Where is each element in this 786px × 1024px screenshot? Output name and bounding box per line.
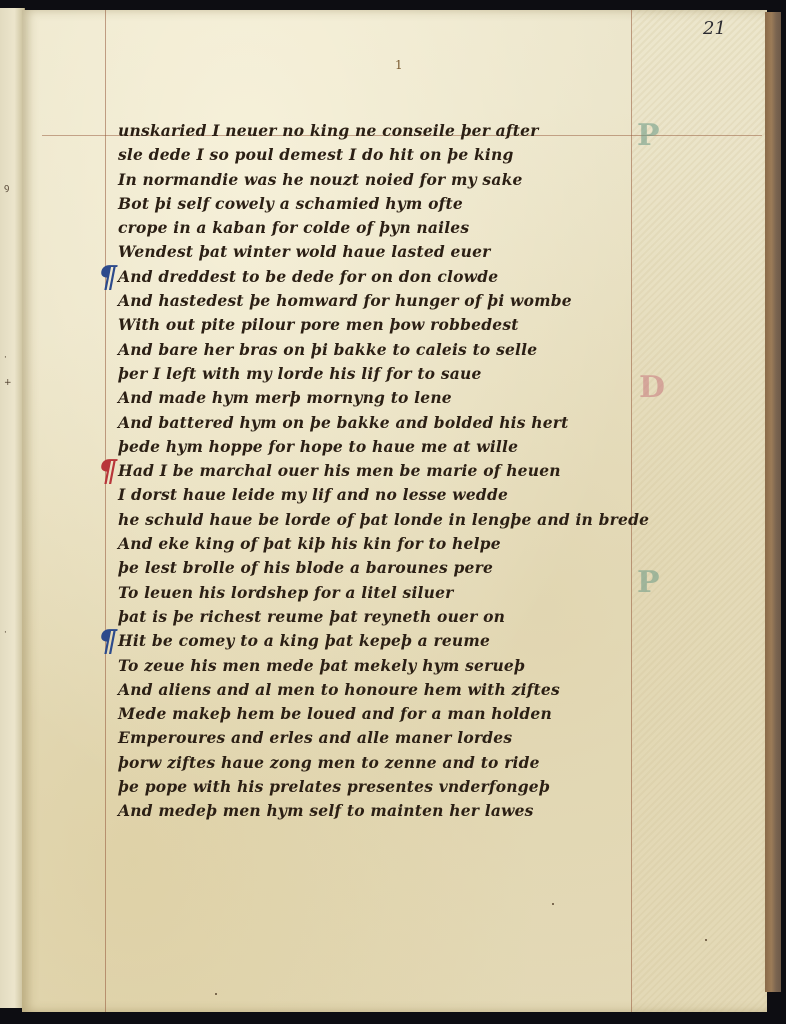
text-line: ¶And dreddest to be dede for on don clow… — [118, 265, 738, 289]
blue-paragraph-mark: ¶ — [98, 627, 117, 657]
text-line: crope in a kaban for colde of þyn nailes — [118, 216, 738, 240]
text-line: Emperoures and erles and alle maner lord… — [118, 726, 738, 750]
text-line: ¶Hit be comey to a king þat kepeþ a reum… — [118, 629, 738, 653]
text-line: I dorst haue leide my lif and no lesse w… — [118, 483, 738, 507]
text-line: Bot þi self cowely a schamied hym ofte — [118, 192, 738, 216]
text-line: sle dede I so poul demest I do hit on þe… — [118, 143, 738, 167]
text-line: And made hym merþ mornyng to lene — [118, 386, 738, 410]
text-line: To leuen his lordshep for a litel siluer — [118, 581, 738, 605]
text-column: unskaried I neuer no king ne conseile þe… — [118, 119, 738, 824]
text-line: Wendest þat winter wold haue lasted euer — [118, 240, 738, 264]
text-line: unskaried I neuer no king ne conseile þe… — [118, 119, 738, 143]
ruling-line-left — [105, 10, 106, 1012]
manuscript-scan: ꝯ · + · P D P 21 1 unskaried I neuer no … — [0, 0, 786, 1024]
folio-number: 21 — [703, 18, 726, 39]
marginal-note: ꝯ — [4, 180, 9, 193]
text-line: And bare her bras on þi bakke to caleis … — [118, 338, 738, 362]
text-line: And aliens and al men to honoure hem wit… — [118, 678, 738, 702]
text-line: And eke king of þat kiþ his kin for to h… — [118, 532, 738, 556]
text-line: To zeue his men mede þat mekely hym seru… — [118, 654, 738, 678]
text-line: And battered hym on þe bakke and bolded … — [118, 411, 738, 435]
text-line: ¶Had I be marchal ouer his men be marie … — [118, 459, 738, 483]
quire-mark: 1 — [395, 58, 403, 72]
text-line: þat is þe richest reume þat reyneth ouer… — [118, 605, 738, 629]
marginal-note: · — [4, 628, 7, 638]
marginal-note: · — [4, 353, 7, 363]
text-line: þer I left with my lorde his lif for to … — [118, 362, 738, 386]
text-line: þede hym hoppe for hope to haue me at wi… — [118, 435, 738, 459]
red-paragraph-mark: ¶ — [98, 457, 117, 487]
page-fore-edge — [765, 12, 781, 992]
text-line: With out pite pilour pore men þow robbed… — [118, 313, 738, 337]
text-line: þe pope with his prelates presentes vnde… — [118, 775, 738, 799]
text-line: In normandie was he nouzt noied for my s… — [118, 168, 738, 192]
ink-spot — [705, 939, 707, 941]
text-line: And hastedest þe homward for hunger of þ… — [118, 289, 738, 313]
text-line: Mede makeþ hem be loued and for a man ho… — [118, 702, 738, 726]
blue-paragraph-mark: ¶ — [98, 263, 117, 293]
text-line: he schuld haue be lorde of þat londe in … — [118, 508, 738, 532]
ink-spot — [215, 993, 217, 995]
marginal-note: + — [4, 378, 12, 388]
text-line: And medeþ men hym self to mainten her la… — [118, 799, 738, 823]
text-line: þe lest brolle of his blode a barounes p… — [118, 556, 738, 580]
text-line: þorw ziftes haue zong men to zenne and t… — [118, 751, 738, 775]
ink-spot — [552, 903, 554, 905]
